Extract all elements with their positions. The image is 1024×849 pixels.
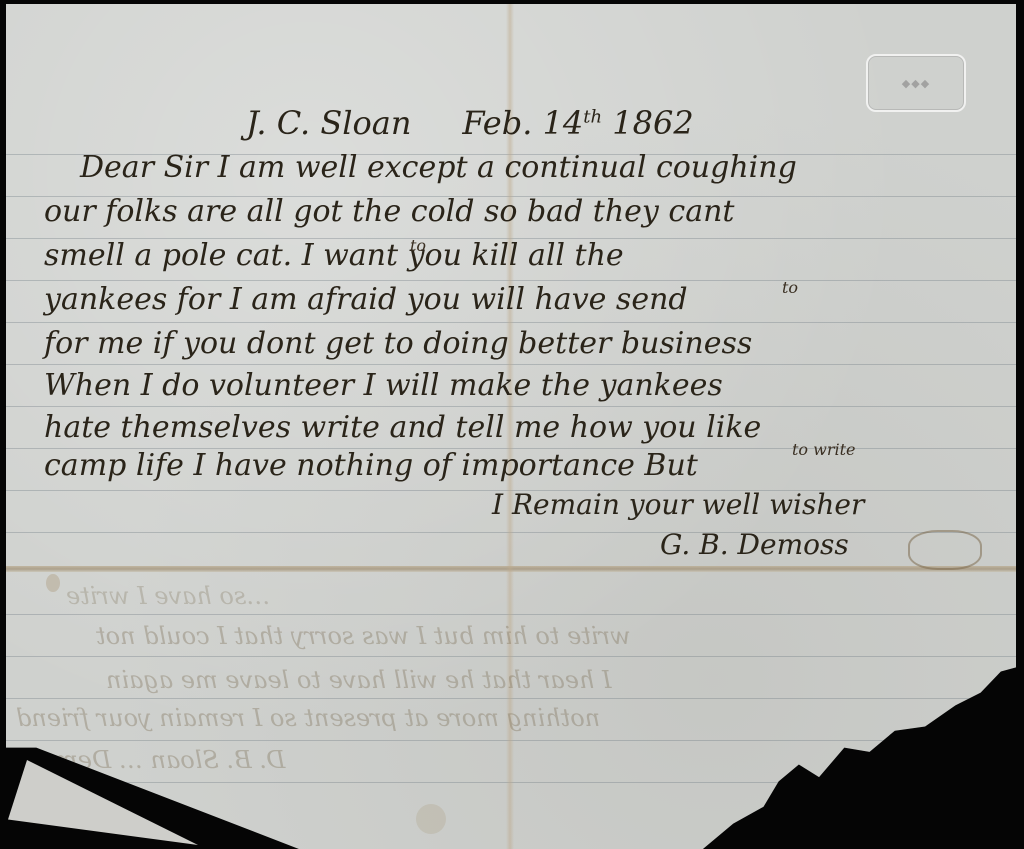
body-line-6: When I do volunteer I will make the yank…	[44, 368, 723, 403]
recipient-name: J. C. Sloan	[246, 104, 411, 142]
signature: G. B. Demoss	[660, 528, 849, 561]
bleed-through-text: …so have I write	[66, 582, 270, 610]
letter-closing: I Remain your well wisher	[492, 488, 864, 521]
insertion-to: to	[410, 236, 426, 255]
body-line-4: yankees for I am afraid you will have se…	[44, 282, 688, 317]
bleed-through-text: write to him but I was sorry that I coul…	[96, 622, 631, 650]
bleed-through-text: nothing more at present so I remain your…	[16, 704, 600, 732]
insertion-to-write: to write	[792, 440, 856, 459]
embossed-stamp: ◆◆◆	[866, 54, 966, 112]
stain	[46, 574, 60, 592]
letter-heading: J. C. Sloan Feb. 14th 1862	[246, 104, 694, 142]
date-suffix: th	[583, 106, 602, 127]
bleed-through-text: I hear that he will have to leave me aga…	[106, 666, 612, 694]
letter-year: 1862	[612, 104, 693, 142]
body-line-8: camp life I have nothing of importance B…	[44, 448, 698, 483]
body-line-1: Dear Sir I am well except a continual co…	[80, 150, 797, 185]
body-line-5: for me if you dont get to doing better b…	[44, 326, 752, 361]
stain	[416, 804, 446, 834]
body-line-3: smell a pole cat. I want you kill all th…	[44, 238, 624, 273]
body-line-2: our folks are all got the cold so bad th…	[44, 194, 734, 229]
letter-date: Feb. 14	[462, 104, 583, 142]
body-line-7: hate themselves write and tell me how yo…	[44, 410, 761, 445]
insertion-to: to	[782, 278, 798, 297]
signature-flourish	[908, 530, 982, 570]
